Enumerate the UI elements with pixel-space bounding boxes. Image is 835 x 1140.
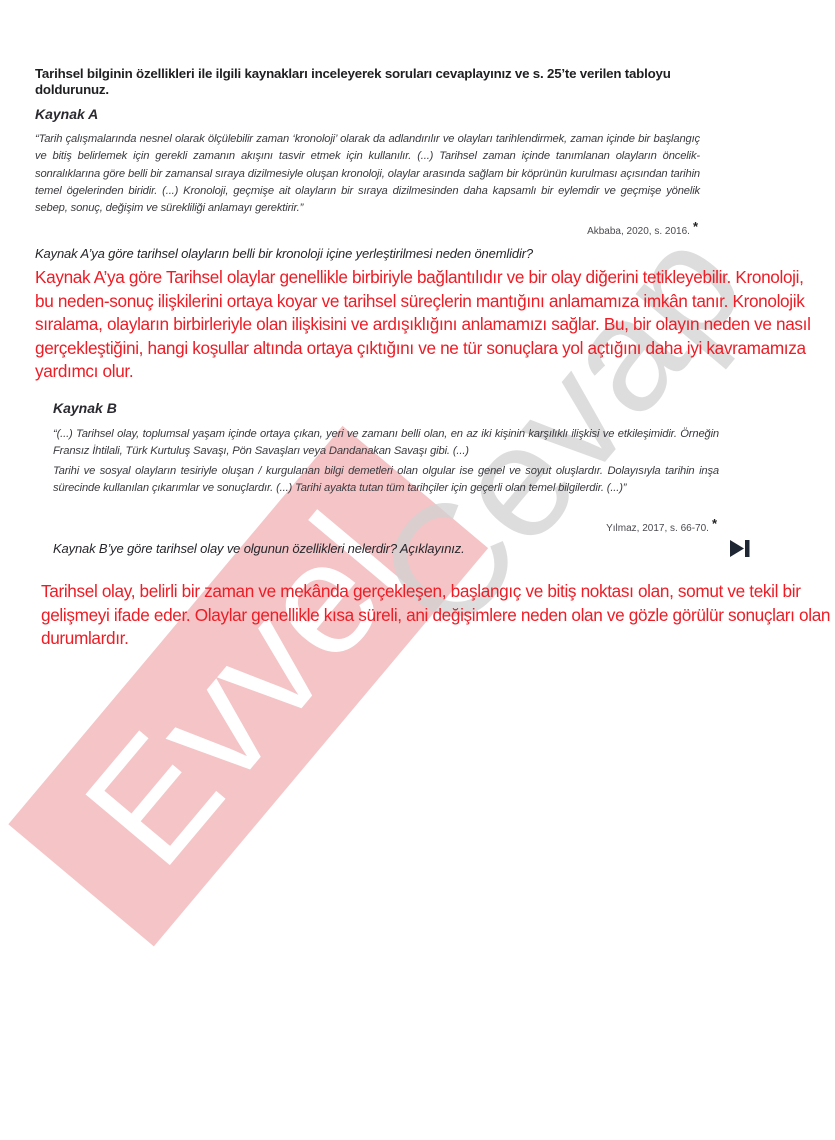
source-a-quote: “Tarih çalışmalarında nesnel olarak ölçü… [35, 131, 700, 217]
citation-text: Akbaba, 2020, s. 2016. [587, 226, 690, 237]
source-a-title: Kaynak A [35, 106, 98, 122]
source-b-title: Kaynak B [53, 400, 117, 416]
source-a-citation: Akbaba, 2020, s. 2016.* [587, 222, 698, 237]
answer-a: Kaynak A’ya göre Tarihsel olaylar genell… [35, 266, 825, 384]
question-b: Kaynak B’ye göre tarihsel olay ve olgunu… [53, 541, 465, 556]
source-b-quote-paragraph-1: “(...) Tarihsel olay, toplumsal yaşam iç… [53, 426, 719, 461]
asterisk-icon: * [712, 516, 717, 531]
asterisk-icon: * [693, 219, 698, 234]
answer-b: Tarihsel olay, belirli bir zaman ve mekâ… [41, 580, 831, 651]
skip-forward-button[interactable] [729, 539, 751, 558]
instruction-text: Tarihsel bilginin özellikleri ile ilgili… [35, 66, 715, 98]
skip-forward-icon [729, 539, 751, 558]
source-b-citation: Yılmaz, 2017, s. 66-70.* [606, 519, 717, 534]
source-b-quote-paragraph-2: Tarihi ve sosyal olayların tesiriyle olu… [53, 463, 719, 498]
citation-text: Yılmaz, 2017, s. 66-70. [606, 523, 709, 534]
question-a: Kaynak A’ya göre tarihsel olayların bell… [35, 246, 533, 261]
